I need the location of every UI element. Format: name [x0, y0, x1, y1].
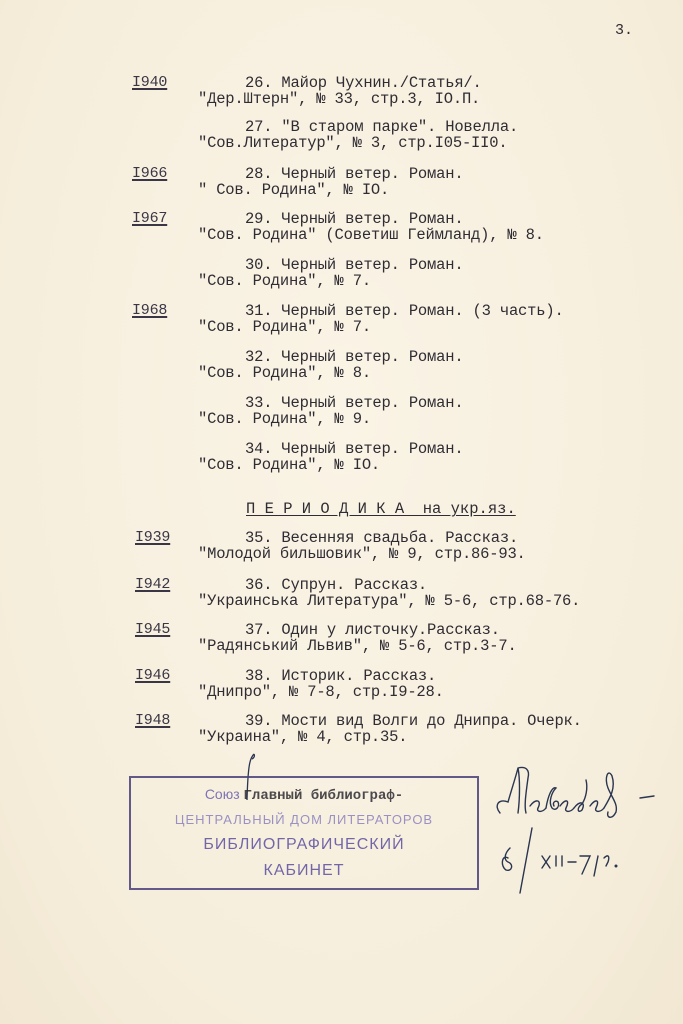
entry-source: "Молодой бильшовик", № 9, стр.86-93.: [198, 546, 526, 562]
stamp-line-3: БИБЛИОГРАФИЧЕСКИЙ: [131, 836, 477, 854]
entry-source: "Радянський Львив", № 5-6, стр.3-7.: [198, 638, 517, 654]
entry-year: I967: [132, 211, 167, 227]
stamp-line-2: ЦЕНТРАЛЬНЫЙ ДОМ ЛИТЕРАТОРОВ: [131, 812, 477, 827]
entry-title: 26. Майор Чухнин./Статья/.: [245, 75, 482, 91]
entry-source: "Сов. Родина", № IO.: [198, 457, 380, 473]
entry-source: "Дер.Штерн", № 33, стр.3, IO.П.: [198, 91, 480, 107]
entry-source: "Днипро", № 7-8, стр.I9-28.: [198, 684, 444, 700]
entry-title: 33. Черный ветер. Роман.: [245, 395, 463, 411]
entry-source: "Украина", № 4, стр.35.: [198, 729, 407, 745]
entry-title: 37. Один у листочку.Рассказ.: [245, 622, 500, 638]
entry-source: "Сов. Родина" (Советиш Геймланд), № 8.: [198, 227, 544, 243]
entry-source: "Сов. Родина", № 7.: [198, 273, 371, 289]
entry-year: I945: [135, 622, 170, 638]
page-number: 3.: [615, 22, 633, 39]
entry-source: "Сов. Родина", № 9.: [198, 411, 371, 427]
entry-title: 35. Весенняя свадьба. Рассказ.: [245, 530, 518, 546]
entry-title: 39. Мости вид Волги до Днипра. Очерк.: [245, 713, 582, 729]
chief-bibliographer-typed: Главный библиограф-: [244, 788, 404, 804]
entry-year: I966: [132, 166, 167, 182]
entry-title: 28. Черный ветер. Роман.: [245, 166, 463, 182]
entry-title: 38. Историк. Рассказ.: [245, 668, 436, 684]
entry-year: I968: [132, 303, 167, 319]
entry-title: 34. Черный ветер. Роман.: [245, 441, 463, 457]
entry-title: 29. Черный ветер. Роман.: [245, 211, 463, 227]
entry-year: I946: [135, 668, 170, 684]
entry-year: I948: [135, 713, 170, 729]
entry-year: I942: [135, 577, 170, 593]
entry-source: "Украинська Литература", № 5-6, стр.68-7…: [198, 593, 580, 609]
entry-year: I940: [132, 75, 167, 91]
entry-year: I939: [135, 530, 170, 546]
library-stamp: Союз Главный библиограф- ЦЕНТРАЛЬНЫЙ ДОМ…: [129, 776, 479, 890]
stamp-line-4: КАБИНЕТ: [131, 862, 477, 880]
entry-source: "Сов. Родина", № 8.: [198, 365, 371, 381]
document-page: 3. I940 26. Майор Чухнин./Статья/. "Дер.…: [0, 0, 683, 1024]
entry-source: " Сов. Родина", № IO.: [198, 182, 389, 198]
entry-source: "Сов.Литератур", № 3, стр.I05-II0.: [198, 135, 507, 151]
section-heading: П Е Р И О Д И К А на укр.яз.: [246, 500, 516, 518]
entry-title: 27. "В старом парке". Новелла.: [245, 119, 518, 135]
stamp-union-text: Союз: [205, 786, 240, 802]
entry-title: 36. Супрун. Рассказ.: [245, 577, 427, 593]
entry-source: "Сов. Родина", № 7.: [198, 319, 371, 335]
entry-title: 32. Черный ветер. Роман.: [245, 349, 463, 365]
entry-title: 30. Черный ветер. Роман.: [245, 257, 463, 273]
entry-title: 31. Черный ветер. Роман. (3 часть).: [245, 303, 564, 319]
stamp-line-1: Союз Главный библиограф-: [131, 786, 477, 804]
handwritten-signature-icon: [490, 758, 670, 898]
